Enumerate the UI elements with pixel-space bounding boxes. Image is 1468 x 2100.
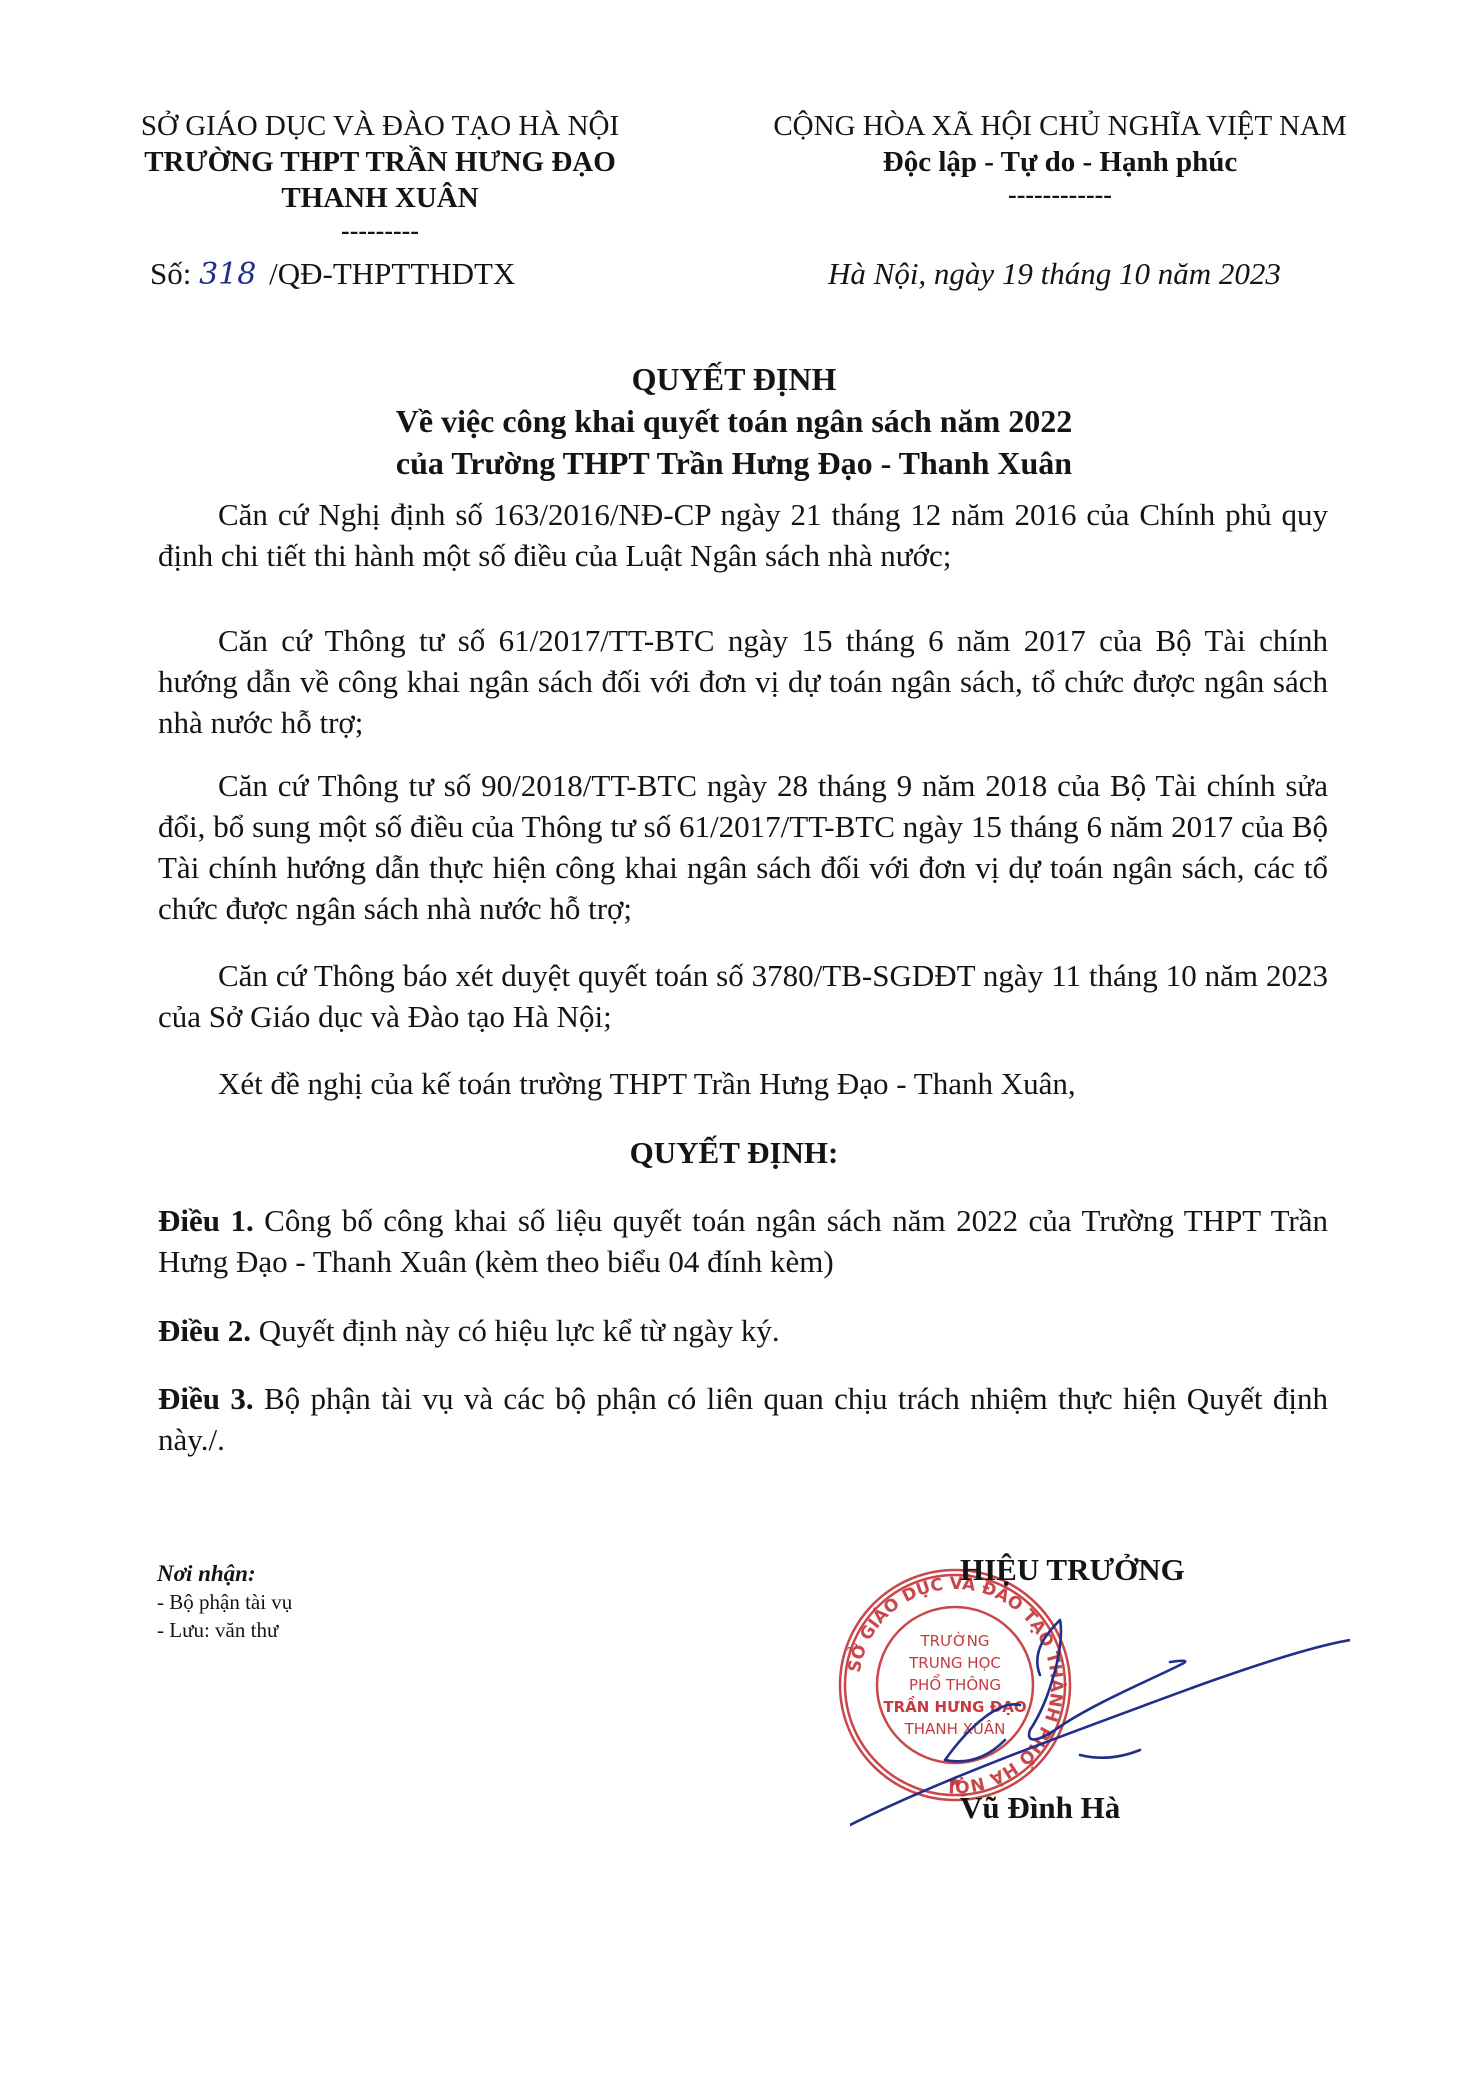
country-name: CỘNG HÒA XÃ HỘI CHỦ NGHĨA VIỆT NAM: [740, 108, 1380, 144]
preamble-paragraph: Xét đề nghị của kế toán trường THPT Trần…: [158, 1063, 1328, 1104]
article-label: Điều 3.: [158, 1381, 254, 1416]
article-1: Điều 1. Công bố công khai số liệu quyết …: [158, 1200, 1328, 1282]
article-3: Điều 3. Bộ phận tài vụ và các bộ phận có…: [158, 1378, 1328, 1460]
document-title: QUYẾT ĐỊNH Về việc công khai quyết toán …: [0, 358, 1468, 484]
recipient-item: - Bộ phận tài vụ: [157, 1588, 292, 1616]
title-heading: QUYẾT ĐỊNH: [0, 358, 1468, 400]
article-text: Quyết định này có hiệu lực kể từ ngày ký…: [251, 1313, 780, 1348]
preamble-paragraph: Căn cứ Thông tư số 90/2018/TT-BTC ngày 2…: [158, 765, 1328, 929]
national-motto: Độc lập - Tự do - Hạnh phúc: [740, 144, 1380, 180]
article-label: Điều 2.: [158, 1313, 251, 1348]
recipients-title: Nơi nhận:: [157, 1560, 292, 1588]
recipients-block: Nơi nhận: - Bộ phận tài vụ - Lưu: văn th…: [157, 1560, 292, 1644]
preamble-paragraph: Căn cứ Nghị định số 163/2016/NĐ-CP ngày …: [158, 494, 1328, 576]
title-subject-line1: Về việc công khai quyết toán ngân sách n…: [0, 400, 1468, 442]
issue-date: Hà Nội, ngày 19 tháng 10 năm 2023: [828, 256, 1281, 292]
decision-heading: QUYẾT ĐỊNH:: [0, 1135, 1468, 1171]
signer-position: HIỆU TRƯỞNG: [960, 1552, 1185, 1588]
motto-divider: ------------: [740, 180, 1380, 210]
school-name-line1: TRƯỜNG THPT TRẦN HƯNG ĐẠO: [110, 144, 650, 180]
article-label: Điều 1.: [158, 1203, 254, 1238]
article-text: Công bố công khai số liệu quyết toán ngâ…: [158, 1203, 1328, 1279]
preamble-paragraph: Căn cứ Thông báo xét duyệt quyết toán số…: [158, 955, 1328, 1037]
number-suffix: /QĐ-THPTTHDTX: [269, 256, 515, 291]
recipient-item: - Lưu: văn thư: [157, 1616, 292, 1644]
signer-name: Vũ Đình Hà: [960, 1790, 1120, 1826]
article-text: Bộ phận tài vụ và các bộ phận có liên qu…: [158, 1381, 1328, 1457]
header-divider: ---------: [110, 216, 650, 246]
issuing-authority-block: SỞ GIÁO DỤC VÀ ĐÀO TẠO HÀ NỘI TRƯỜNG THP…: [110, 108, 650, 246]
number-label: Số:: [150, 256, 191, 291]
handwritten-number: 318: [199, 257, 269, 292]
document-number: Số: 318/QĐ-THPTTHDTX: [150, 256, 515, 292]
article-2: Điều 2. Quyết định này có hiệu lực kể từ…: [158, 1310, 1328, 1351]
authority-name: SỞ GIÁO DỤC VÀ ĐÀO TẠO HÀ NỘI: [110, 108, 650, 144]
title-subject-line2: của Trường THPT Trần Hưng Đạo - Thanh Xu…: [0, 442, 1468, 484]
national-heading-block: CỘNG HÒA XÃ HỘI CHỦ NGHĨA VIỆT NAM Độc l…: [740, 108, 1380, 210]
preamble-paragraph: Căn cứ Thông tư số 61/2017/TT-BTC ngày 1…: [158, 620, 1328, 743]
school-name-line2: THANH XUÂN: [110, 180, 650, 216]
